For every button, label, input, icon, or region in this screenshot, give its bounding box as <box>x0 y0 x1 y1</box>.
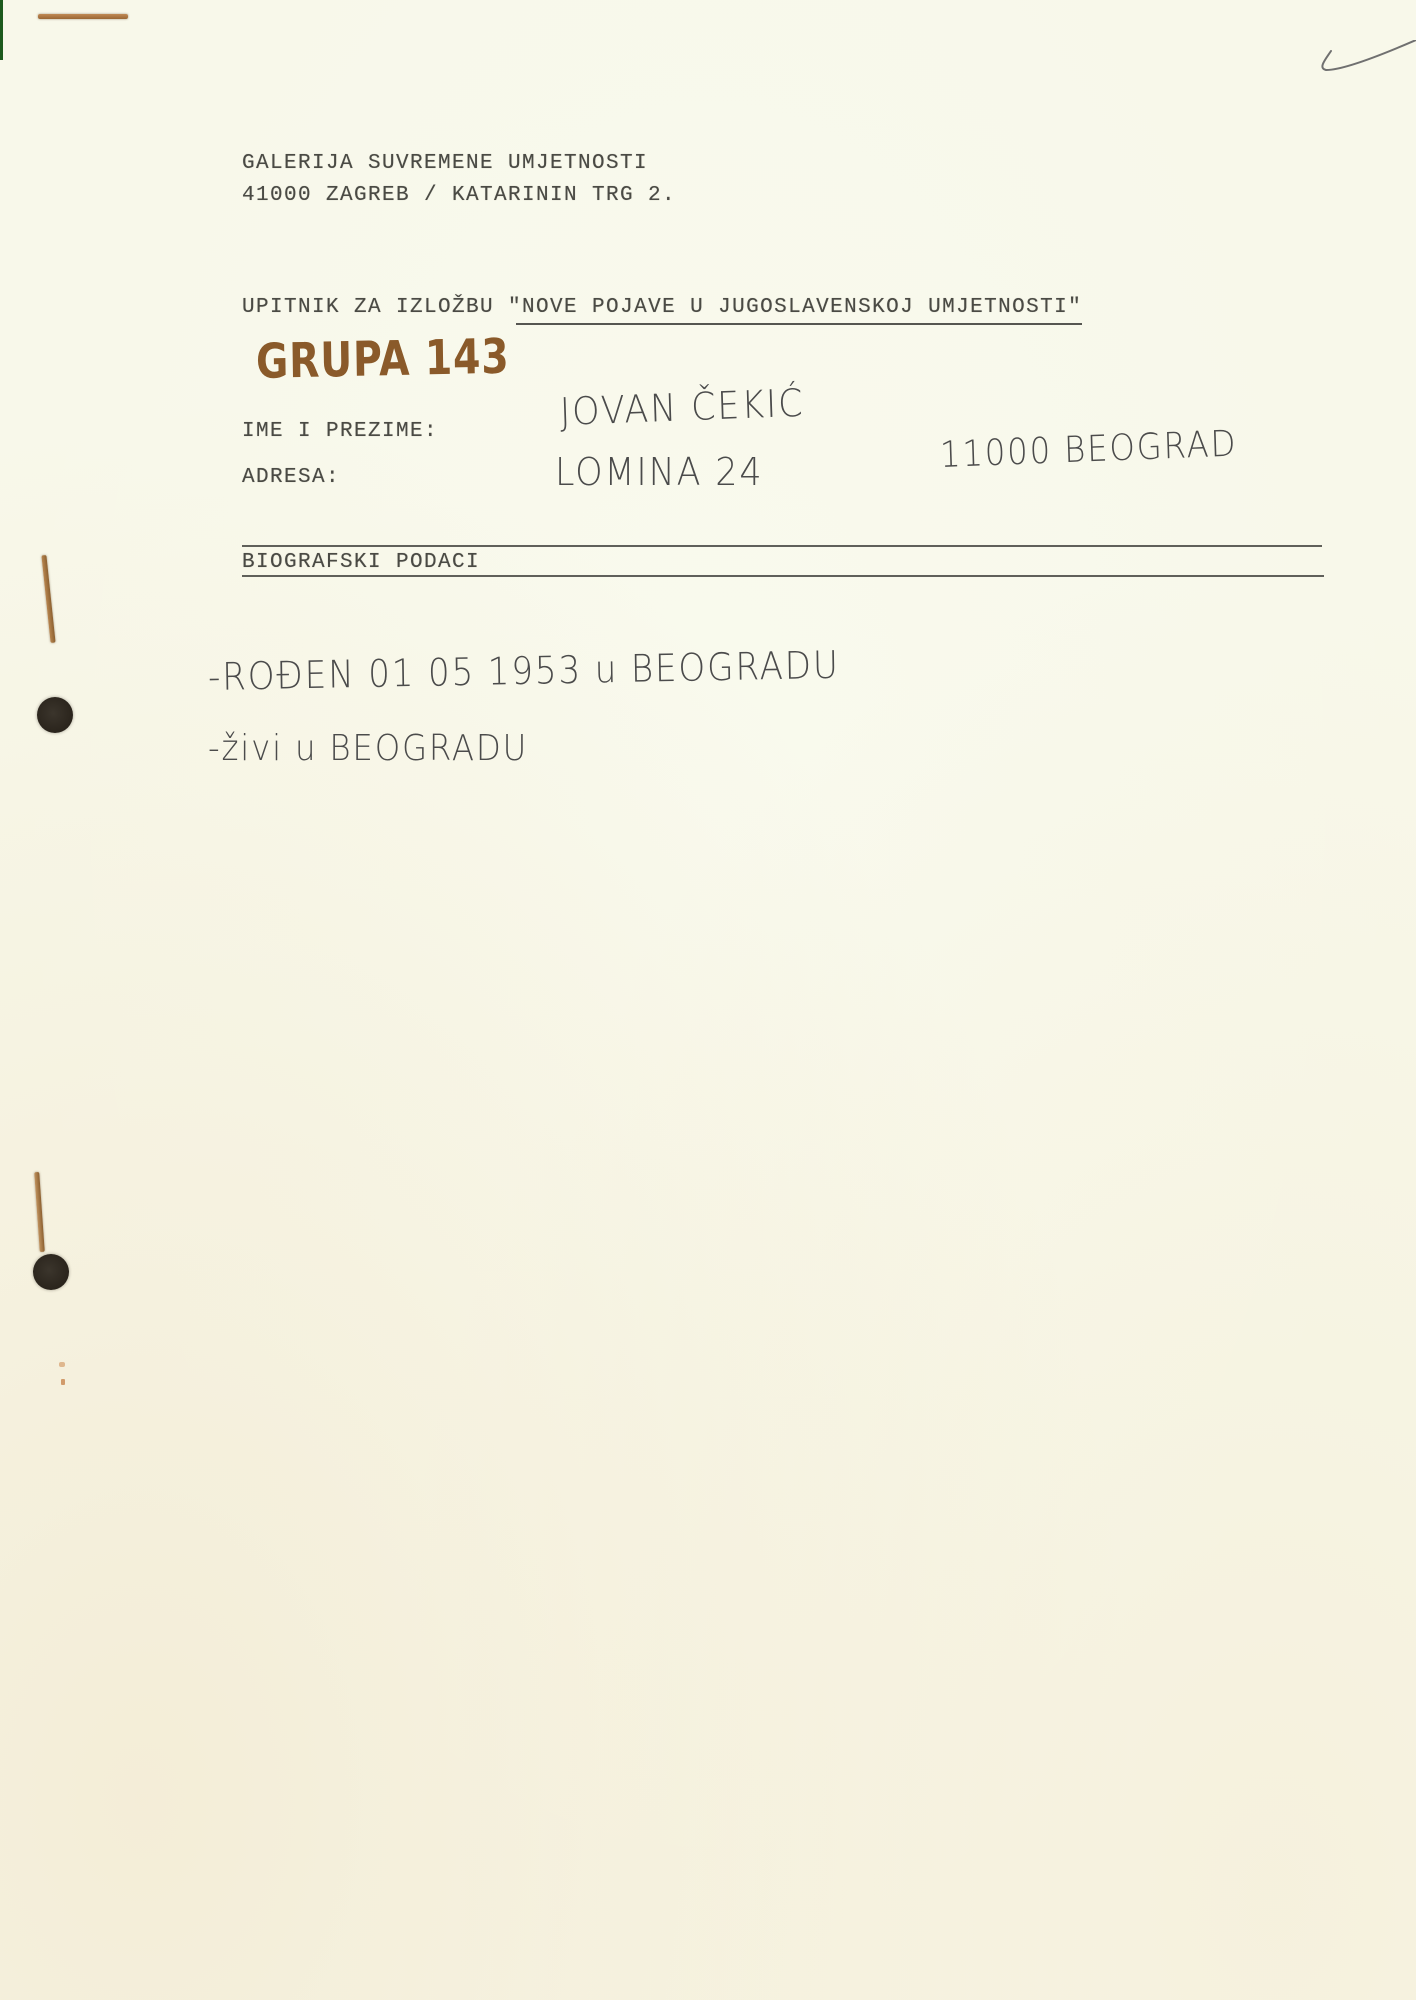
questionnaire-prefix: UPITNIK ZA IZLOŽBU <box>242 296 508 319</box>
biography-entry: -živi u BEOGRADU <box>208 728 528 769</box>
name-label: IME I PREZIME: <box>242 420 438 443</box>
address-city-value: 11000 BEOGRAD <box>939 423 1237 476</box>
scan-edge <box>0 0 3 60</box>
address-label: ADRESA: <box>242 466 340 489</box>
staple-icon <box>41 555 55 643</box>
rust-spot <box>61 1379 65 1385</box>
section-divider-top <box>242 545 1322 547</box>
punch-hole-icon <box>33 1254 69 1290</box>
rust-spot <box>59 1362 65 1367</box>
check-mark-icon <box>1320 40 1416 100</box>
group-stamp: GRUPA 143 <box>256 329 510 390</box>
biography-entry: -ROĐEN 01 05 1953 u BEOGRADU <box>208 643 840 699</box>
institution-address: 41000 ZAGREB / KATARININ TRG 2. <box>242 184 676 207</box>
address-street-value: LOMINA 24 <box>555 450 763 494</box>
section-divider-bottom <box>242 575 1324 577</box>
questionnaire-heading: UPITNIK ZA IZLOŽBU "NOVE POJAVE U JUGOSL… <box>242 296 1082 319</box>
exhibition-title: "NOVE POJAVE U JUGOSLAVENSKOJ UMJETNOSTI… <box>508 296 1082 319</box>
biography-section-title: BIOGRAFSKI PODACI <box>242 551 480 574</box>
name-value: JOVAN ČEKIĆ <box>559 381 805 434</box>
institution-name: GALERIJA SUVREMENE UMJETNOSTI <box>242 152 648 175</box>
staple-icon <box>34 1172 45 1252</box>
punch-hole-icon <box>37 697 73 733</box>
staple-icon <box>38 14 128 19</box>
